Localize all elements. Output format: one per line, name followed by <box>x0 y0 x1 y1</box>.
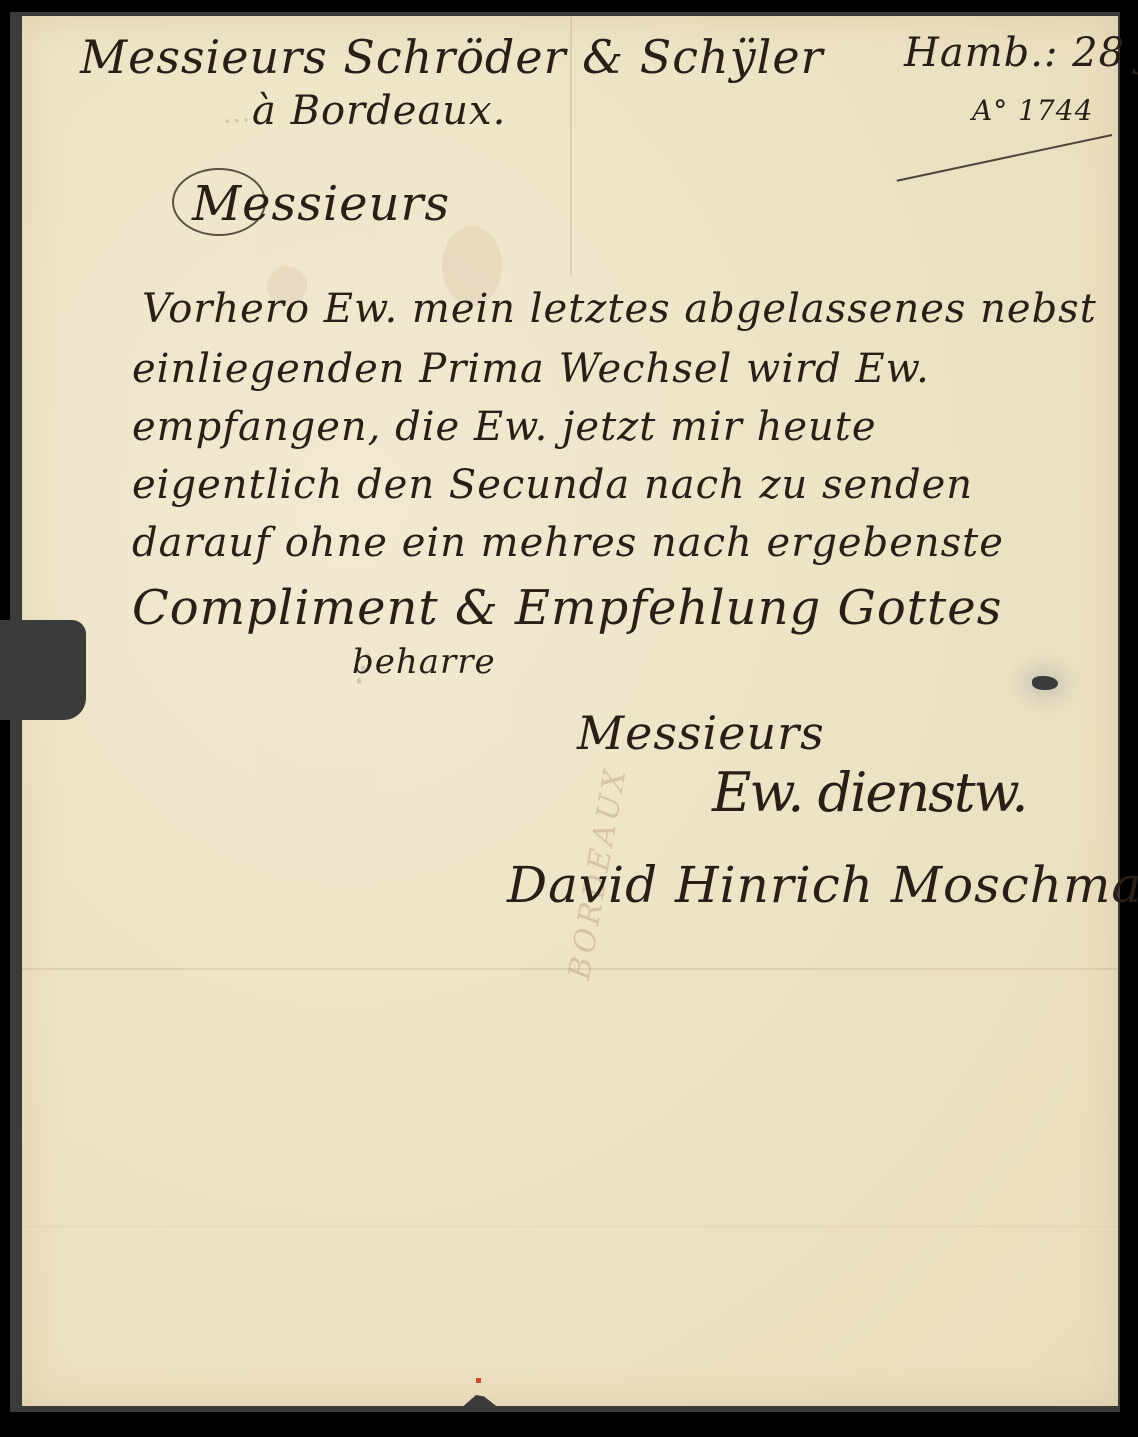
fold-line-horizontal-lower <box>22 1226 1118 1227</box>
body-line: Vorhero Ew. mein letztes abgelassenes ne… <box>142 286 1097 332</box>
letter-year: A° 1744 <box>972 94 1093 127</box>
body-line: beharre <box>352 642 496 682</box>
signature: David Hinrich Moschman <box>507 856 1138 914</box>
closing-salutation: Messieurs <box>577 706 825 760</box>
body-line: darauf ohne ein mehres nach ergebenste <box>132 520 1004 566</box>
body-line: Compliment & Empfehlung Gottes <box>132 580 1002 636</box>
body-line: eigentlich den Secunda nach zu senden <box>132 462 973 508</box>
closing-flourish: Ew. dienstw. <box>712 761 1027 824</box>
letter-date: Hamb.: 28 July <box>904 30 1138 76</box>
date-flourish <box>897 134 1113 182</box>
letter-page: ... BORDEAUX … Messieurs Schröder & Schÿ… <box>22 16 1118 1406</box>
addressee-place: à Bordeaux. <box>252 88 506 134</box>
ink-blot <box>1032 676 1058 690</box>
fold-line-horizontal <box>22 968 1118 970</box>
addressee: Messieurs Schröder & Schÿler <box>80 30 824 84</box>
red-wax-speck <box>476 1378 481 1383</box>
bleed-through-mirror-text: … <box>221 95 251 130</box>
body-line: empfangen, die Ew. jetzt mir heute <box>132 404 877 450</box>
salutation: Messieurs <box>192 176 450 232</box>
torn-edge-left <box>0 620 86 720</box>
body-line: einliegenden Prima Wechsel wird Ew. <box>132 346 930 392</box>
